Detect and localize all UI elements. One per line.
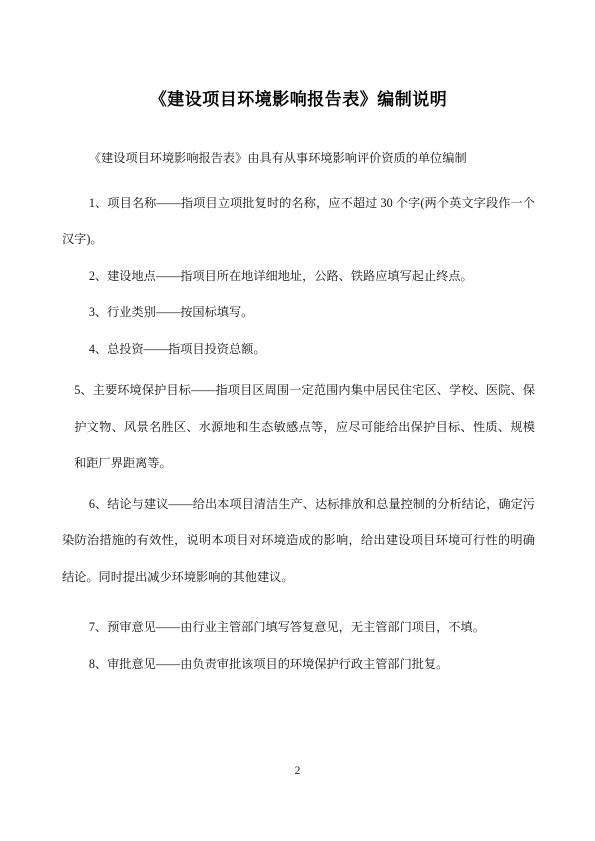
paragraph-item-8: 8、审批意见——由负责审批该项目的环境保护行政主管部门批复。 [62,646,535,683]
paragraph-item-4: 4、总投资——指项目投资总额。 [62,331,535,368]
page-number: 2 [0,764,595,778]
paragraph-item-3: 3、行业类别——按国标填写。 [62,294,535,331]
document-page: 《建设项目环境影响报告表》编制说明 《建设项目环境影响报告表》由具有从事环境影响… [0,0,595,841]
paragraph-item-6: 6、结论与建议——给出本项目清洁生产、达标排放和总量控制的分析结论，确定污染防治… [62,486,535,596]
page-title: 《建设项目环境影响报告表》编制说明 [62,90,535,110]
paragraph-item-7: 7、预审意见——由行业主管部门填写答复意见，无主管部门项目，不填。 [62,609,535,646]
paragraph-item-2: 2、建设地点——指项目所在地详细地址，公路、铁路应填写起止终点。 [62,258,535,295]
paragraph-item-1: 1、项目名称——指项目立项批复时的名称，应不超过 30 个字(两个英文字段作一个… [62,185,535,258]
paragraph-item-5: 5、主要环境保护目标——指项目区周围一定范围内集中居民住宅区、学校、医院、保护文… [74,372,535,482]
intro-paragraph: 《建设项目环境影响报告表》由具有从事环境影响评价资质的单位编制 [62,140,535,177]
